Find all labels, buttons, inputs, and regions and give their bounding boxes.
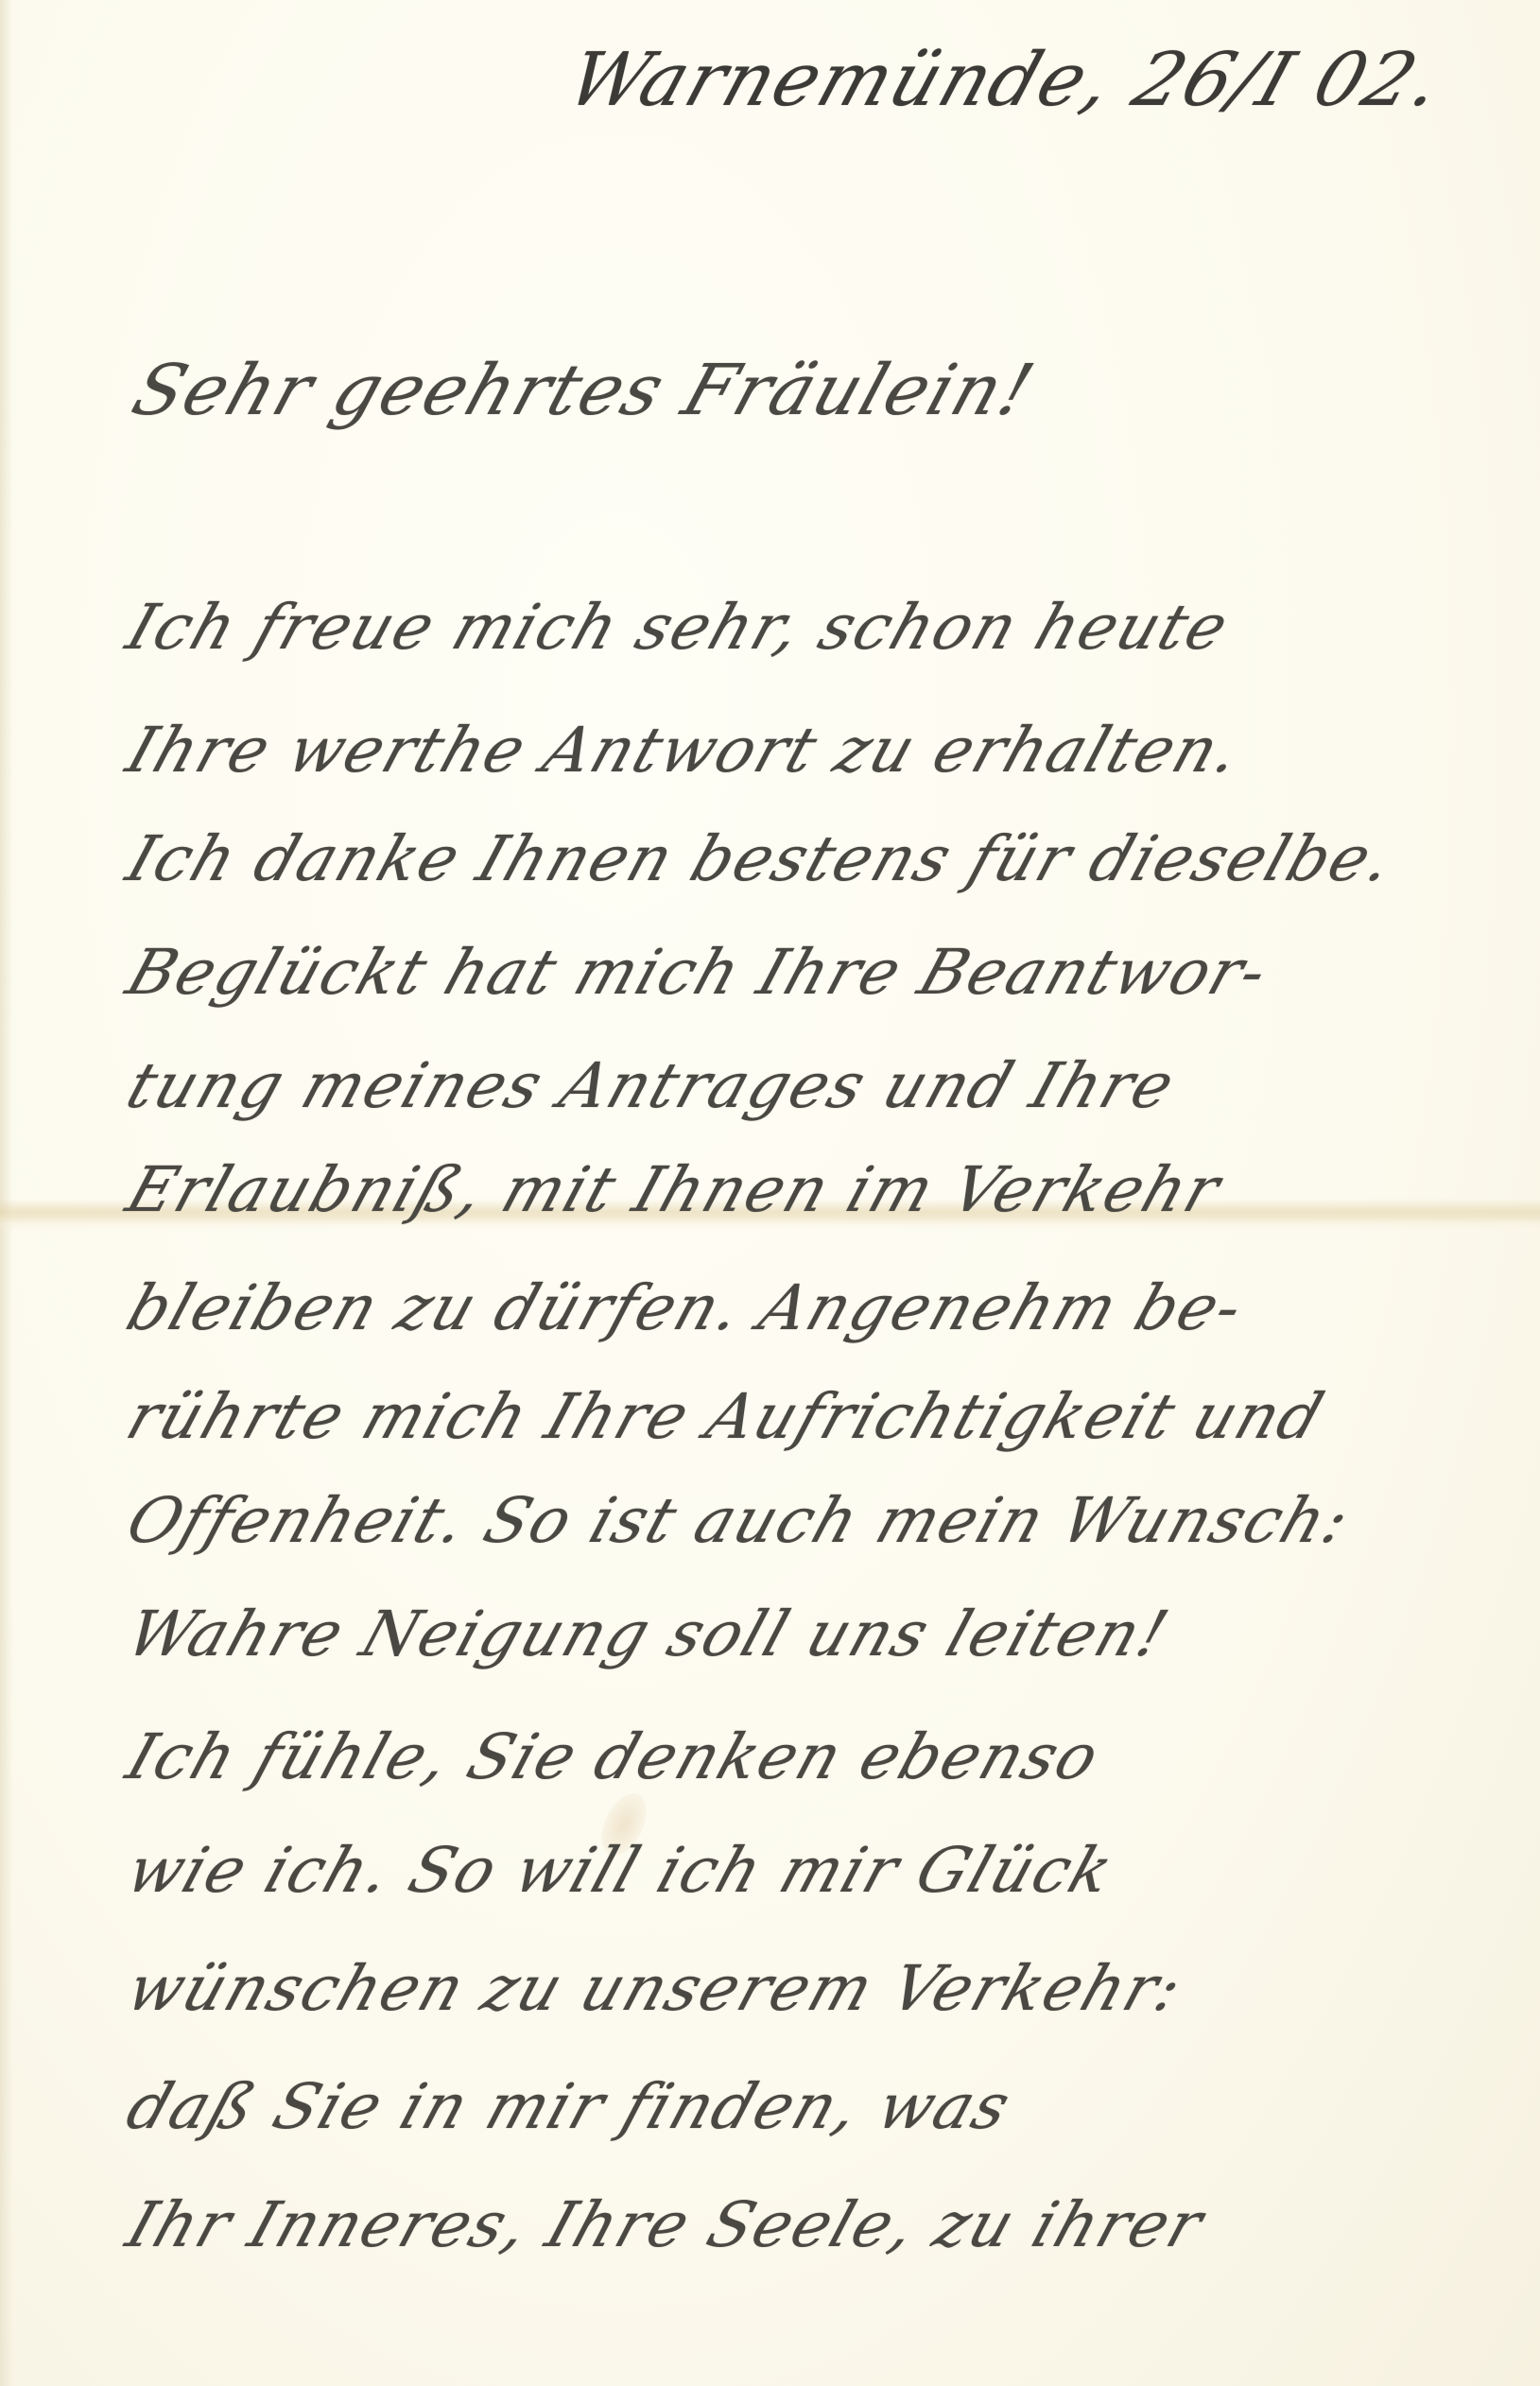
body-line: Erlaubniß, mit Ihnen im Verkehr [118,1153,1230,1226]
salutation: Sehr geehrtes Fräulein! [123,350,1045,431]
paper-edge [0,0,13,2386]
place-date: Warnemünde, 26/I 02. [558,38,1454,123]
body-line: wünschen zu unserem Verkehr: [118,1952,1192,2025]
body-line: daß Sie in mir finden, was [118,2070,1020,2143]
body-line: Ich danke Ihnen bestens für dieselbe. [118,822,1404,895]
body-line: Beglückt hat mich Ihre Beantwor- [118,936,1278,1009]
body-line: Offenheit. So ist auch mein Wunsch: [118,1484,1359,1557]
body-line: Ihre werthe Antwort zu erhalten. [118,714,1251,787]
letter-page: Warnemünde, 26/I 02. Sehr geehrtes Fräul… [0,0,1540,2386]
body-line: rührte mich Ihre Aufrichtigkeit und [118,1380,1334,1453]
body-line: Wahre Neigung soll uns leiten! [118,1598,1179,1670]
body-line: Ich fühle, Sie denken ebenso [118,1720,1109,1793]
body-line: tung meines Antrages und Ihre [118,1049,1185,1122]
body-line: Ich freue mich sehr, schon heute [118,591,1238,664]
body-line: bleiben zu dürfen. Angenehm be- [118,1271,1254,1344]
body-line: Ihr Inneres, Ihre Seele, zu ihrer [118,2188,1213,2261]
body-line: wie ich. So will ich mir Glück [118,1834,1123,1907]
